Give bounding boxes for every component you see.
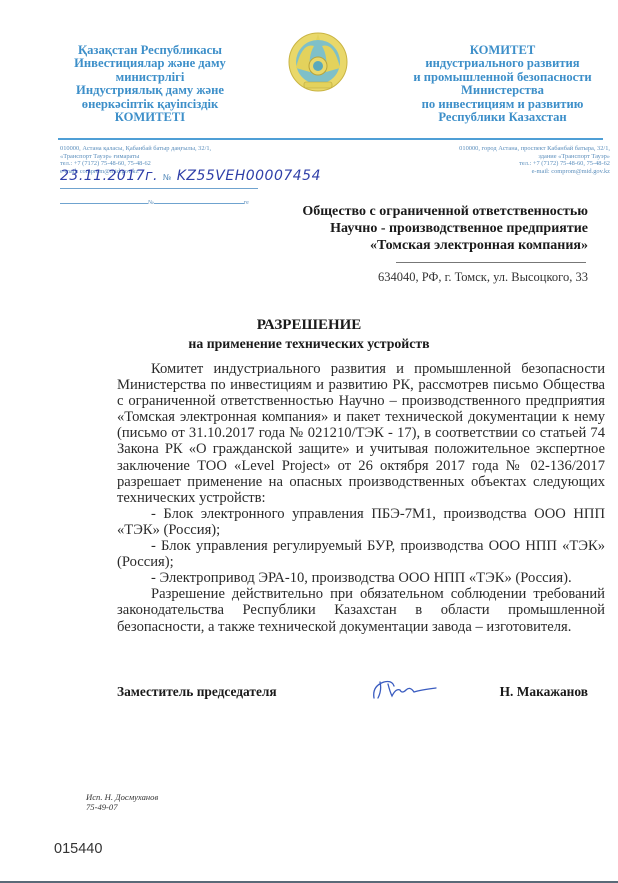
address-line: 010000, город Астана, проспект Кабанбай … xyxy=(420,145,610,153)
form-number: 015440 xyxy=(54,841,102,857)
address-line: 010000, Астана қаласы, Қабанбай батыр да… xyxy=(60,145,260,153)
recipient-address: 634040, РФ, г. Томск, ул. Высоцкого, 33 xyxy=(378,270,588,285)
header-kz-line: өнеркәсіптік қауіпсіздік xyxy=(40,98,260,111)
kazakhstan-emblem-icon xyxy=(288,28,348,96)
signatory-name: Н. Макажанов xyxy=(500,684,588,700)
header-ru-line: и промышленной безопасности xyxy=(390,71,615,84)
header-ru-line: по инвестициям и развитию xyxy=(390,98,615,111)
document-subtitle: на применение технических устройств xyxy=(0,336,618,352)
header-kazakh-name: Қазақстан Республикасы Инвестициялар жән… xyxy=(40,44,260,124)
header-kz-line: Индустриялық даму және xyxy=(40,84,260,97)
executor-name: Исп. Н. Досмуханов xyxy=(86,792,158,802)
executor-info: Исп. Н. Досмуханов 75-49-07 xyxy=(86,792,158,812)
body-paragraph: Комитет индустриального развития и промы… xyxy=(117,361,605,506)
body-paragraph: Разрешение действительно при обязательно… xyxy=(117,586,605,634)
registration-line-1 xyxy=(60,185,258,191)
recipient-divider xyxy=(396,262,586,263)
header-kz-line: Қазақстан Республикасы xyxy=(40,44,260,57)
recipient-block: Общество с ограниченной ответственностью… xyxy=(302,203,588,254)
address-line: «Транспорт Тауэр» ғимараты xyxy=(60,153,260,161)
registration-line-2: №ге xyxy=(60,200,249,206)
device-list-item: - Блок электронного управления ПБЭ-7М1, … xyxy=(117,506,605,538)
signatory-position: Заместитель председателя xyxy=(117,684,277,700)
address-line: тел.: +7 (7172) 75-48-60, 75-48-62 xyxy=(60,160,260,168)
address-line: здание «Транспорт Тауэр» xyxy=(420,153,610,161)
header-kz-line: КОМИТЕТІ xyxy=(40,111,260,124)
header-ru-line: Республики Казахстан xyxy=(390,111,615,124)
registration-number: KZ55VEH00007454 xyxy=(177,168,321,184)
registration-line-suffix: ге xyxy=(244,200,249,206)
address-russian: 010000, город Астана, проспект Кабанбай … xyxy=(420,145,610,175)
recipient-line: Общество с ограниченной ответственностью xyxy=(302,203,588,220)
header-ru-line: индустриального развития xyxy=(390,57,615,70)
handwritten-signature-icon xyxy=(370,676,440,702)
registration-handwritten: 23.11.2017г. № KZ55VEH00007454 xyxy=(60,168,321,184)
header-russian-name: КОМИТЕТ индустриального развития и промы… xyxy=(390,44,615,124)
device-list-item: - Блок управления регулируемый БУР, прои… xyxy=(117,538,605,570)
device-list-item: - Электропривод ЭРА-10, производства ООО… xyxy=(117,570,605,586)
header-ru-line: КОМИТЕТ xyxy=(390,44,615,57)
recipient-line: «Томская электронная компания» xyxy=(302,237,588,254)
registration-date: 23.11.2017г. xyxy=(60,168,158,184)
header-kz-line: Инвестициялар және даму xyxy=(40,57,260,70)
document-title: РАЗРЕШЕНИЕ xyxy=(0,317,618,334)
header-kz-line: министрлігі xyxy=(40,71,260,84)
header-divider xyxy=(58,138,603,140)
address-line: тел.: +7 (7172) 75-48-60, 75-48-62 xyxy=(420,160,610,168)
address-line: e-mail: comprom@mid.gov.kz xyxy=(420,168,610,176)
registration-number-sign: № xyxy=(163,173,172,182)
header-ru-line: Министерства xyxy=(390,84,615,97)
recipient-line: Научно - производственное предприятие xyxy=(302,220,588,237)
executor-phone: 75-49-07 xyxy=(86,802,158,812)
document-body: Комитет индустриального развития и промы… xyxy=(117,361,605,635)
